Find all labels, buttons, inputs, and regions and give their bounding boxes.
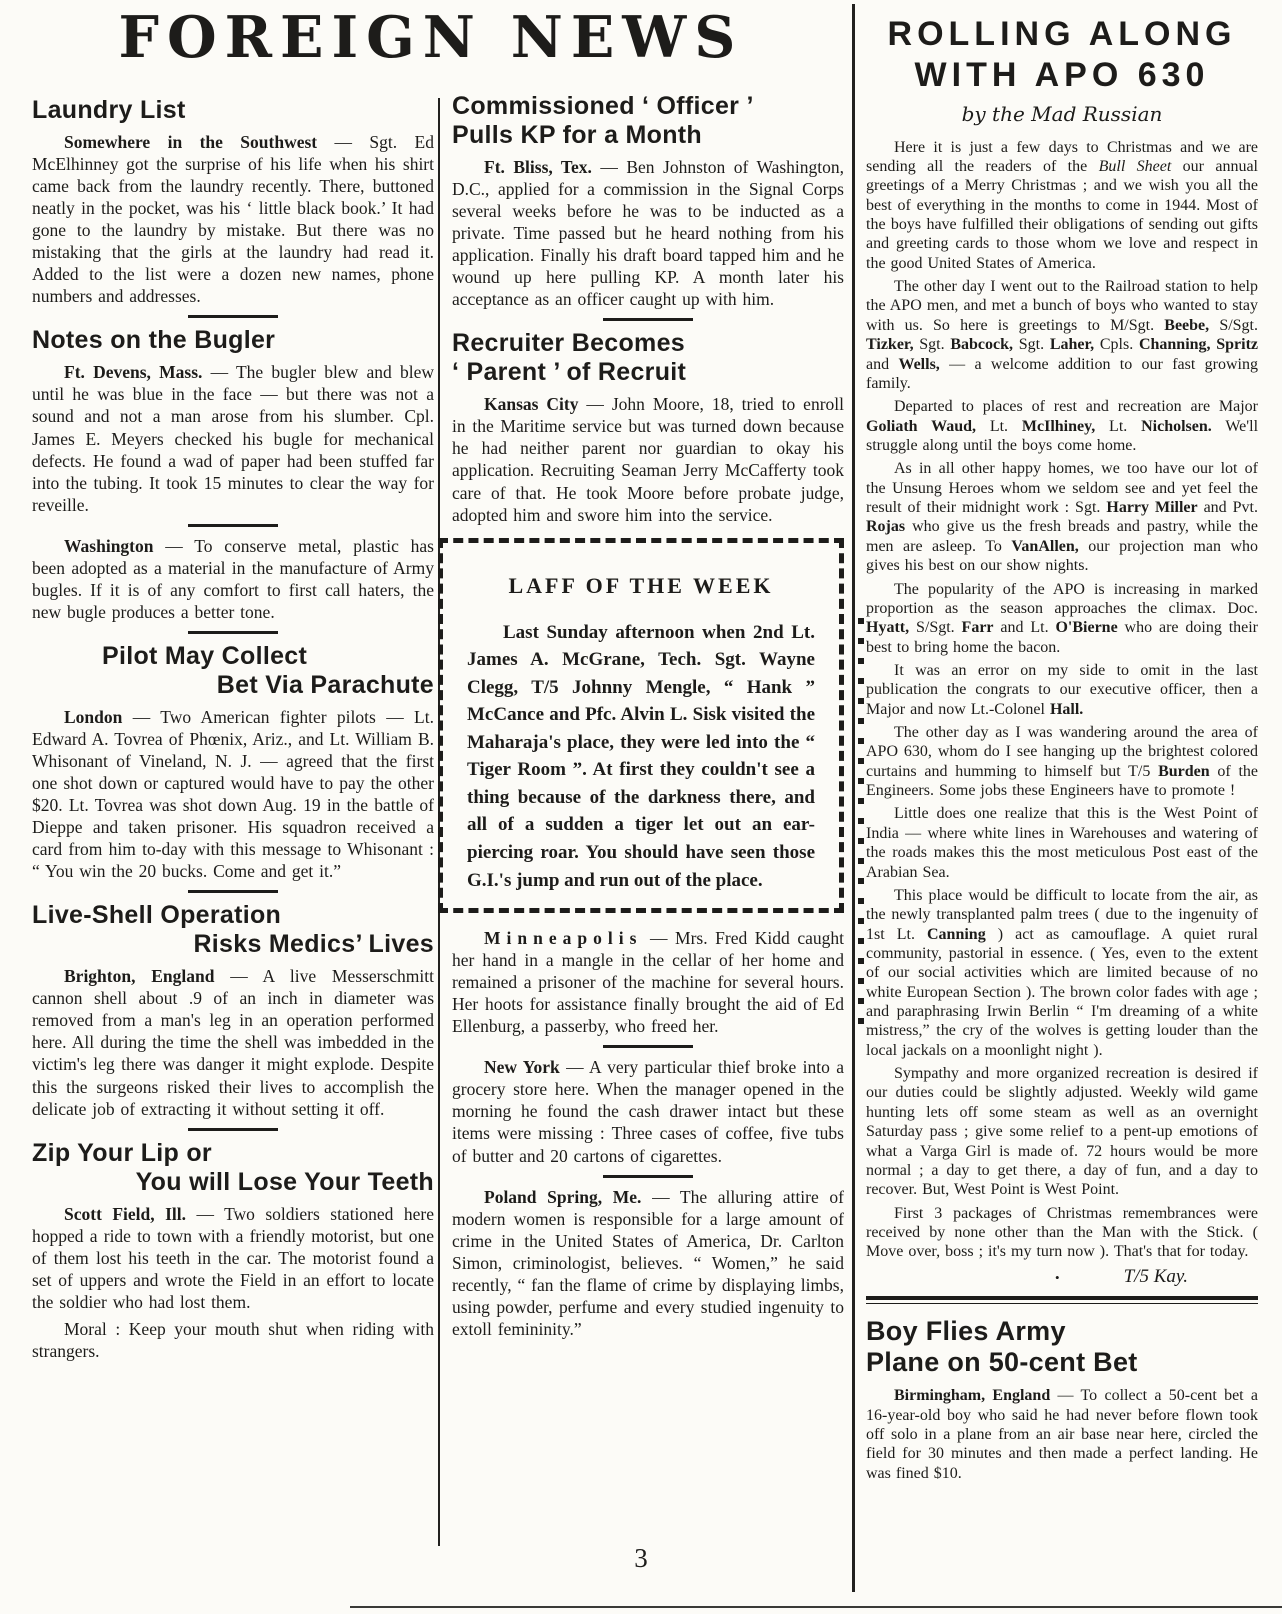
signature-bullet: • xyxy=(1055,1270,1060,1286)
right-column: ROLLING ALONG WITH APO 630 by the Mad Ru… xyxy=(866,14,1258,1487)
heading-line: Live-Shell Operation xyxy=(32,901,434,930)
article-recruiter-parent: Recruiter Becomes ‘ Parent ’ of Recruit … xyxy=(452,329,844,525)
heading-line: You will Lose Your Teeth xyxy=(32,1168,434,1197)
left-column: Laundry List Somewhere in the Southwest … xyxy=(32,96,434,1367)
article-paragraph: Little does one realize that this is the… xyxy=(866,804,1258,881)
article-paragraph: Ft. Bliss, Tex. — Ben Johnston of Washin… xyxy=(452,156,844,310)
article-live-shell: Live-Shell Operation Risks Medics’ Lives… xyxy=(32,901,434,1119)
column-divider-right xyxy=(852,4,855,1592)
heading-line: Notes on the Bugler xyxy=(32,326,434,355)
article-paragraph: Moral : Keep your mouth shut when riding… xyxy=(32,1318,434,1362)
laff-box-paragraph: Last Sunday afternoon when 2nd Lt. James… xyxy=(467,619,815,894)
article-heading: Boy Flies Army Plane on 50-cent Bet xyxy=(866,1316,1258,1379)
article-heading: Recruiter Becomes ‘ Parent ’ of Recruit xyxy=(452,329,844,387)
laff-box-title: LAFF OF THE WEEK xyxy=(467,573,815,599)
article-heading: Laundry List xyxy=(32,96,434,125)
article-pilot-bet: Pilot May Collect Bet Via Parachute Lond… xyxy=(32,642,434,882)
laff-of-the-week-box: LAFF OF THE WEEK Last Sunday afternoon w… xyxy=(438,538,844,913)
newspaper-page: FOREIGN NEWS Laundry List Somewhere in t… xyxy=(0,0,1282,1614)
dotted-print-artifact xyxy=(858,618,864,1034)
article-heading: Commissioned ‘ Officer ’ Pulls KP for a … xyxy=(452,92,844,150)
article-paragraph: Here it is just a few days to Christmas … xyxy=(866,138,1258,274)
section-divider xyxy=(603,318,693,321)
article-notes-on-the-bugler: Notes on the Bugler Ft. Devens, Mass. — … xyxy=(32,326,434,515)
article-paragraph: London — Two American fighter pilots — L… xyxy=(32,706,434,882)
article-commissioned-officer: Commissioned ‘ Officer ’ Pulls KP for a … xyxy=(452,92,844,310)
heading-line: Risks Medics’ Lives xyxy=(32,930,434,959)
scan-edge-artifact xyxy=(350,1606,1282,1608)
heading-line: Commissioned ‘ Officer ’ xyxy=(452,92,844,121)
section-divider xyxy=(603,1175,693,1178)
article-minneapolis-brief: Minneapolis — Mrs. Fred Kidd caught her … xyxy=(452,927,844,1037)
article-zip-your-lip: Zip Your Lip or You will Lose Your Teeth… xyxy=(32,1139,434,1362)
article-washington-brief: Washington — To conserve metal, plastic … xyxy=(32,535,434,623)
section-divider xyxy=(188,315,278,318)
masthead-title: FOREIGN NEWS xyxy=(36,4,826,71)
article-paragraph: This place would be difficult to locate … xyxy=(866,886,1258,1060)
article-paragraph: First 3 packages of Christmas remembranc… xyxy=(866,1204,1258,1262)
column-signature: • T/5 Kay. xyxy=(866,1266,1258,1288)
article-paragraph: Washington — To conserve metal, plastic … xyxy=(32,535,434,623)
article-paragraph: The popularity of the APO is increasing … xyxy=(866,580,1258,657)
heading-line: Zip Your Lip or xyxy=(32,1139,434,1168)
page-number: 3 xyxy=(0,1543,1282,1574)
article-heading: Notes on the Bugler xyxy=(32,326,434,355)
heading-line: ‘ Parent ’ of Recruit xyxy=(452,358,844,387)
article-paragraph: Scott Field, Ill. — Two soldiers station… xyxy=(32,1203,434,1313)
article-paragraph: New York — A very particular thief broke… xyxy=(452,1056,844,1166)
article-paragraph: The other day as I was wandering around … xyxy=(866,723,1258,800)
section-divider xyxy=(188,631,278,634)
section-divider xyxy=(188,1128,278,1131)
article-heading: Live-Shell Operation Risks Medics’ Lives xyxy=(32,901,434,959)
article-heading: Pilot May Collect Bet Via Parachute xyxy=(32,642,434,700)
article-paragraph: Minneapolis — Mrs. Fred Kidd caught her … xyxy=(452,927,844,1037)
middle-column: Commissioned ‘ Officer ’ Pulls KP for a … xyxy=(452,92,844,1345)
article-paragraph: It was an error on my side to omit in th… xyxy=(866,661,1258,719)
heading-line: Bet Via Parachute xyxy=(32,671,434,700)
article-boy-flies-plane: Boy Flies Army Plane on 50-cent Bet Birm… xyxy=(866,1316,1258,1483)
article-paragraph: Birmingham, England — To collect a 50-ce… xyxy=(866,1386,1258,1483)
article-paragraph: Somewhere in the Southwest — Sgt. Ed McE… xyxy=(32,131,434,307)
heading-line: WITH APO 630 xyxy=(866,55,1258,96)
article-paragraph: Poland Spring, Me. — The alluring attire… xyxy=(452,1186,844,1340)
article-laundry-list: Laundry List Somewhere in the Southwest … xyxy=(32,96,434,307)
article-poland-spring-brief: Poland Spring, Me. — The alluring attire… xyxy=(452,1186,844,1340)
byline: by the Mad Russian xyxy=(866,102,1258,126)
article-paragraph: Sympathy and more organized recreation i… xyxy=(866,1064,1258,1200)
signature-name: T/5 Kay. xyxy=(1124,1266,1188,1288)
section-divider xyxy=(603,1045,693,1048)
heading-line: Recruiter Becomes xyxy=(452,329,844,358)
section-divider xyxy=(188,524,278,527)
heading-line: Pulls KP for a Month xyxy=(452,121,844,150)
heading-line: Boy Flies Army xyxy=(866,1316,1258,1347)
double-rule-divider xyxy=(866,1296,1258,1304)
section-divider xyxy=(188,890,278,893)
article-paragraph: The other day I went out to the Railroad… xyxy=(866,277,1258,393)
article-paragraph: Departed to places of rest and recreatio… xyxy=(866,397,1258,455)
heading-line: Laundry List xyxy=(32,96,434,125)
heading-line: ROLLING ALONG xyxy=(866,14,1258,55)
apo-column-title: ROLLING ALONG WITH APO 630 xyxy=(866,14,1258,96)
heading-line: Pilot May Collect xyxy=(32,642,434,671)
article-paragraph: As in all other happy homes, we too have… xyxy=(866,459,1258,575)
article-heading: Zip Your Lip or You will Lose Your Teeth xyxy=(32,1139,434,1197)
article-paragraph: Ft. Devens, Mass. — The bugler blew and … xyxy=(32,361,434,515)
article-paragraph: Kansas City — John Moore, 18, tried to e… xyxy=(452,393,844,525)
article-paragraph: Brighton, England — A live Messerschmitt… xyxy=(32,965,434,1119)
article-new-york-brief: New York — A very particular thief broke… xyxy=(452,1056,844,1166)
heading-line: Plane on 50-cent Bet xyxy=(866,1347,1258,1378)
apo-column: ROLLING ALONG WITH APO 630 by the Mad Ru… xyxy=(866,14,1258,1288)
